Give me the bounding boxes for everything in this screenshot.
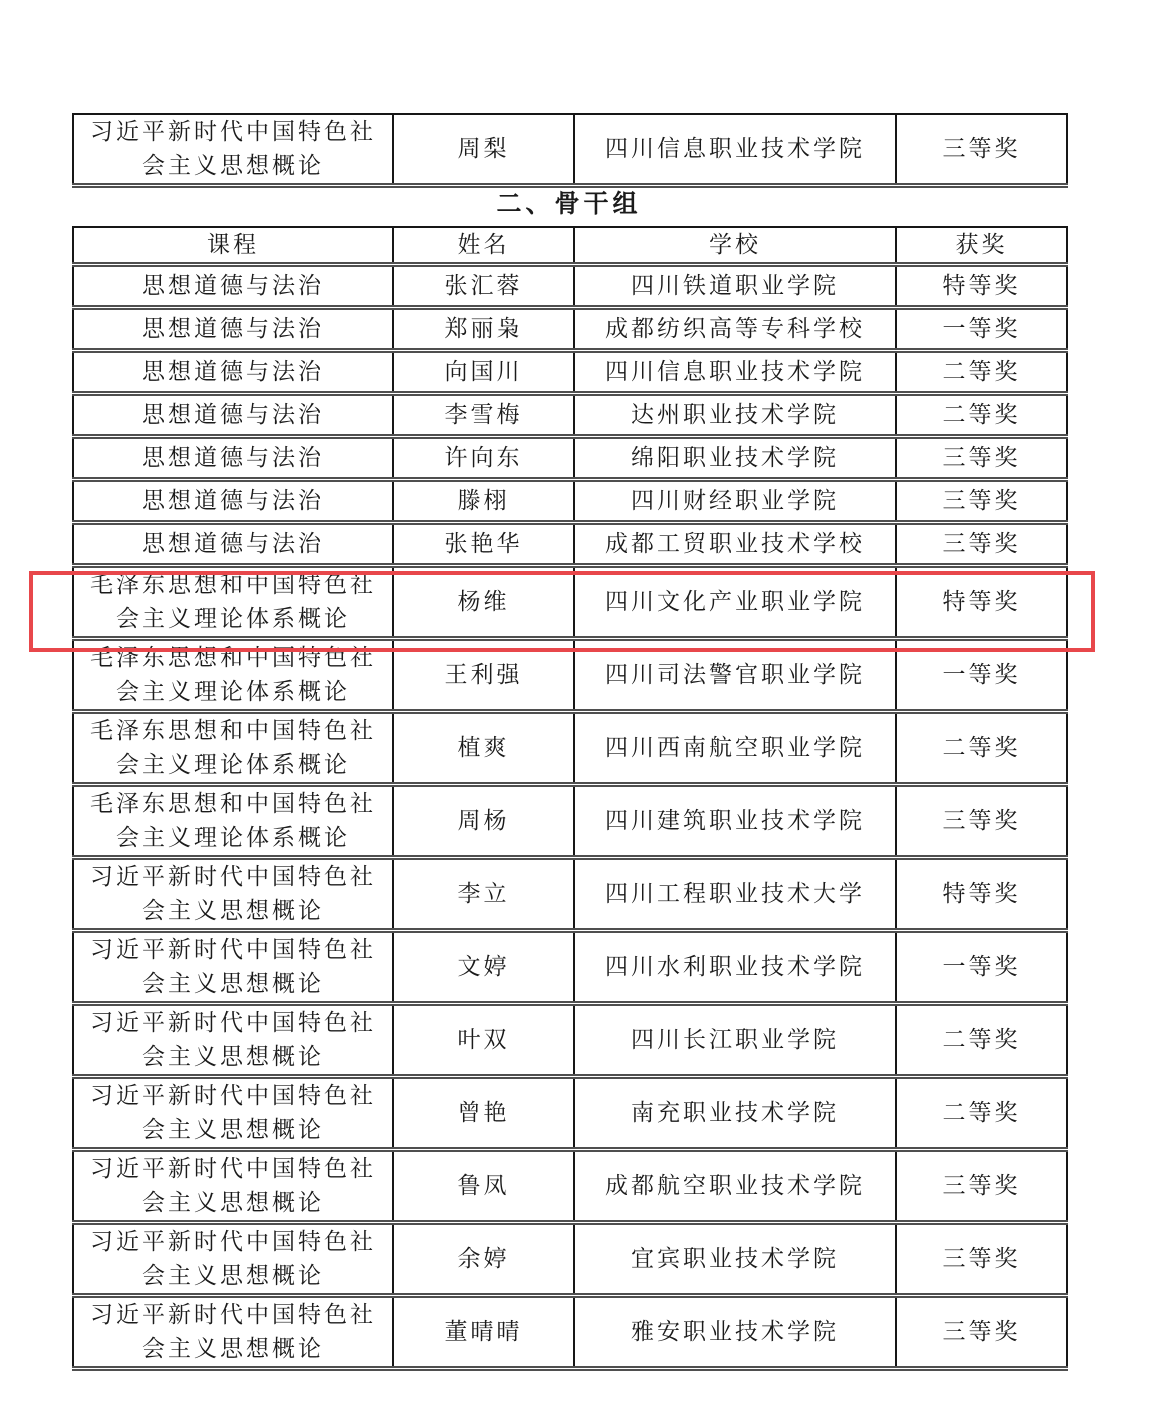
school-cell: 四川文化产业职业学院 [574, 566, 896, 639]
course-cell: 思想道德与法治 [73, 480, 393, 523]
course-cell: 毛泽东思想和中国特色社 会主义理论体系概论 [73, 639, 393, 712]
school-cell: 南充职业技术学院 [574, 1077, 896, 1150]
course-cell: 思想道德与法治 [73, 394, 393, 437]
school-cell: 四川信息职业技术学院 [574, 351, 896, 394]
name-cell: 曾艳 [393, 1077, 574, 1150]
school-cell: 绵阳职业技术学院 [574, 437, 896, 480]
school-cell: 成都航空职业技术学院 [574, 1150, 896, 1223]
school-cell: 四川铁道职业学院 [574, 265, 896, 308]
name-cell: 余婷 [393, 1223, 574, 1296]
award-cell: 二等奖 [896, 351, 1067, 394]
course-cell: 毛泽东思想和中国特色社 会主义理论体系概论 [73, 712, 393, 785]
school-cell: 四川长江职业学院 [574, 1004, 896, 1077]
header-cell: 课程 [73, 227, 393, 265]
name-cell: 周梨 [393, 114, 574, 186]
header-cell: 获奖 [896, 227, 1067, 265]
table-row: 习近平新时代中国特色社 会主义思想概论余婷宜宾职业技术学院三等奖 [73, 1223, 1067, 1296]
name-cell: 文婷 [393, 931, 574, 1004]
award-cell: 三等奖 [896, 785, 1067, 858]
award-cell: 一等奖 [896, 931, 1067, 1004]
school-cell: 四川水利职业技术学院 [574, 931, 896, 1004]
course-cell: 思想道德与法治 [73, 523, 393, 566]
name-cell: 李立 [393, 858, 574, 931]
award-cell: 三等奖 [896, 1296, 1067, 1369]
course-cell: 毛泽东思想和中国特色社 会主义理论体系概论 [73, 785, 393, 858]
name-cell: 许向东 [393, 437, 574, 480]
award-cell: 三等奖 [896, 480, 1067, 523]
award-cell: 特等奖 [896, 566, 1067, 639]
table-row: 习近平新时代中国特色社 会主义思想概论鲁凤成都航空职业技术学院三等奖 [73, 1150, 1067, 1223]
course-cell: 思想道德与法治 [73, 437, 393, 480]
name-cell: 向国川 [393, 351, 574, 394]
school-cell: 四川财经职业学院 [574, 480, 896, 523]
award-cell: 三等奖 [896, 1223, 1067, 1296]
document-page: 习近平新时代中国特色社 会主义思想概论周梨四川信息职业技术学院三等奖 二、骨干组… [0, 0, 1170, 1404]
header-cell: 学校 [574, 227, 896, 265]
table-row: 思想道德与法治向国川四川信息职业技术学院二等奖 [73, 351, 1067, 394]
course-cell: 习近平新时代中国特色社 会主义思想概论 [73, 1150, 393, 1223]
table-row: 毛泽东思想和中国特色社 会主义理论体系概论周杨四川建筑职业技术学院三等奖 [73, 785, 1067, 858]
school-cell: 雅安职业技术学院 [574, 1296, 896, 1369]
award-cell: 二等奖 [896, 394, 1067, 437]
table-row: 习近平新时代中国特色社 会主义思想概论周梨四川信息职业技术学院三等奖 [73, 114, 1067, 186]
name-cell: 张艳华 [393, 523, 574, 566]
school-cell: 四川西南航空职业学院 [574, 712, 896, 785]
name-cell: 滕栩 [393, 480, 574, 523]
name-cell: 董晴晴 [393, 1296, 574, 1369]
course-cell: 习近平新时代中国特色社 会主义思想概论 [73, 858, 393, 931]
table-row: 思想道德与法治张艳华成都工贸职业技术学校三等奖 [73, 523, 1067, 566]
course-cell: 习近平新时代中国特色社 会主义思想概论 [73, 931, 393, 1004]
awards-table: 课程姓名学校获奖 思想道德与法治张汇蓉四川铁道职业学院特等奖思想道德与法治郑丽枭… [72, 226, 1068, 1371]
course-cell: 毛泽东思想和中国特色社 会主义理论体系概论 [73, 566, 393, 639]
course-cell: 习近平新时代中国特色社 会主义思想概论 [73, 1004, 393, 1077]
award-cell: 二等奖 [896, 1004, 1067, 1077]
section-title: 二、骨干组 [72, 189, 1066, 225]
award-cell: 三等奖 [896, 437, 1067, 480]
table-row: 思想道德与法治张汇蓉四川铁道职业学院特等奖 [73, 265, 1067, 308]
name-cell: 王利强 [393, 639, 574, 712]
header-cell: 姓名 [393, 227, 574, 265]
table-header-row: 课程姓名学校获奖 [73, 227, 1067, 265]
name-cell: 植爽 [393, 712, 574, 785]
award-cell: 一等奖 [896, 308, 1067, 351]
school-cell: 达州职业技术学院 [574, 394, 896, 437]
name-cell: 郑丽枭 [393, 308, 574, 351]
award-cell: 三等奖 [896, 523, 1067, 566]
continued-awards-table: 习近平新时代中国特色社 会主义思想概论周梨四川信息职业技术学院三等奖 [72, 113, 1068, 188]
award-cell: 二等奖 [896, 1077, 1067, 1150]
award-cell: 特等奖 [896, 265, 1067, 308]
table-row: 习近平新时代中国特色社 会主义思想概论董晴晴雅安职业技术学院三等奖 [73, 1296, 1067, 1369]
award-cell: 特等奖 [896, 858, 1067, 931]
table-row: 毛泽东思想和中国特色社 会主义理论体系概论王利强四川司法警官职业学院一等奖 [73, 639, 1067, 712]
table-row: 习近平新时代中国特色社 会主义思想概论曾艳南充职业技术学院二等奖 [73, 1077, 1067, 1150]
name-cell: 杨维 [393, 566, 574, 639]
name-cell: 叶双 [393, 1004, 574, 1077]
course-cell: 思想道德与法治 [73, 265, 393, 308]
award-cell: 三等奖 [896, 1150, 1067, 1223]
table-row: 思想道德与法治许向东绵阳职业技术学院三等奖 [73, 437, 1067, 480]
name-cell: 张汇蓉 [393, 265, 574, 308]
table-row: 思想道德与法治滕栩四川财经职业学院三等奖 [73, 480, 1067, 523]
course-cell: 习近平新时代中国特色社 会主义思想概论 [73, 1296, 393, 1369]
table-row: 毛泽东思想和中国特色社 会主义理论体系概论杨维四川文化产业职业学院特等奖 [73, 566, 1067, 639]
award-cell: 一等奖 [896, 639, 1067, 712]
course-cell: 习近平新时代中国特色社 会主义思想概论 [73, 1223, 393, 1296]
school-cell: 四川信息职业技术学院 [574, 114, 896, 186]
school-cell: 成都纺织高等专科学校 [574, 308, 896, 351]
school-cell: 四川司法警官职业学院 [574, 639, 896, 712]
name-cell: 李雪梅 [393, 394, 574, 437]
table-row: 习近平新时代中国特色社 会主义思想概论叶双四川长江职业学院二等奖 [73, 1004, 1067, 1077]
course-cell: 思想道德与法治 [73, 308, 393, 351]
school-cell: 成都工贸职业技术学校 [574, 523, 896, 566]
table-row: 思想道德与法治李雪梅达州职业技术学院二等奖 [73, 394, 1067, 437]
course-cell: 习近平新时代中国特色社 会主义思想概论 [73, 114, 393, 186]
award-cell: 三等奖 [896, 114, 1067, 186]
table-row: 习近平新时代中国特色社 会主义思想概论李立四川工程职业技术大学特等奖 [73, 858, 1067, 931]
course-cell: 习近平新时代中国特色社 会主义思想概论 [73, 1077, 393, 1150]
name-cell: 周杨 [393, 785, 574, 858]
name-cell: 鲁凤 [393, 1150, 574, 1223]
table-row: 思想道德与法治郑丽枭成都纺织高等专科学校一等奖 [73, 308, 1067, 351]
school-cell: 宜宾职业技术学院 [574, 1223, 896, 1296]
school-cell: 四川建筑职业技术学院 [574, 785, 896, 858]
award-cell: 二等奖 [896, 712, 1067, 785]
table-row: 习近平新时代中国特色社 会主义思想概论文婷四川水利职业技术学院一等奖 [73, 931, 1067, 1004]
table-row: 毛泽东思想和中国特色社 会主义理论体系概论植爽四川西南航空职业学院二等奖 [73, 712, 1067, 785]
school-cell: 四川工程职业技术大学 [574, 858, 896, 931]
course-cell: 思想道德与法治 [73, 351, 393, 394]
